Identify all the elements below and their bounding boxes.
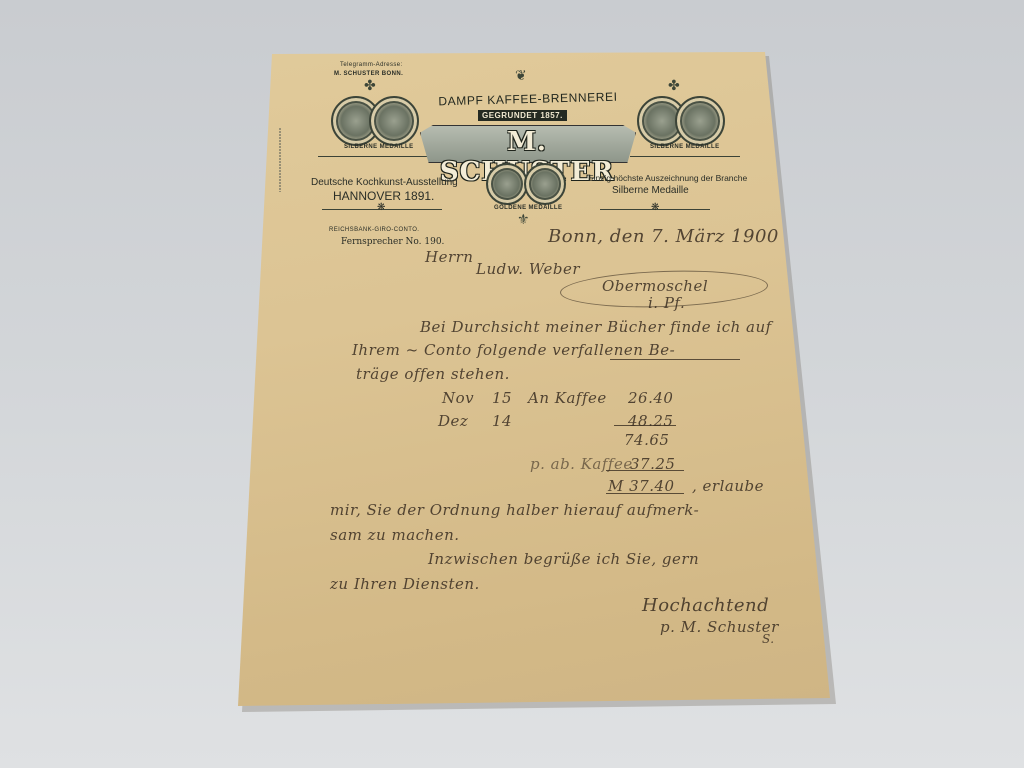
sum-rule — [614, 425, 676, 426]
recipient-place: Obermoschel — [602, 277, 708, 295]
ornament-icon: ✤ — [668, 78, 680, 94]
valediction: Hochachtend — [642, 595, 769, 616]
left-award-line1: Deutsche Kochkunst-Ausstellung — [311, 177, 458, 188]
emphasis-underline — [610, 359, 740, 360]
place-date: Bonn, den 7. März 1900 — [548, 226, 779, 247]
balance-suffix: , erlaube — [692, 477, 764, 495]
right-medal-caption: SILBERNE MEDAILLE — [650, 144, 719, 150]
body-line: Ihrem ~ Conto folgende verfallenen Be- — [352, 341, 675, 359]
salutation: Herrn — [425, 248, 473, 266]
right-award-line2: Silberne Medaille — [612, 185, 689, 196]
ledger-month: Nov — [442, 389, 474, 407]
closing-line: Inzwischen begrüße ich Sie, gern — [428, 550, 699, 568]
center-medal-caption: GOLDENE MEDAILLE — [494, 205, 562, 211]
ornament-star-icon: ❋ — [377, 202, 385, 213]
printer-imprint — [279, 128, 281, 192]
ledger-day: 14 — [492, 412, 512, 430]
right-medal-back-icon — [675, 96, 725, 146]
left-award-line2: HANNOVER 1891. — [333, 189, 434, 203]
founded-badge: GEGRUNDET 1857. — [478, 110, 567, 121]
balance-rule — [606, 493, 684, 494]
left-divider — [318, 156, 428, 157]
phone-number: Fernsprecher No. 190. — [341, 237, 444, 247]
right-divider — [630, 156, 740, 157]
ornament-star-icon: ❋ — [651, 202, 659, 213]
bottom-ornament-icon: ⚜ — [517, 212, 530, 228]
signature-suffix: S. — [762, 632, 775, 646]
left-medal-caption: SILBERNE MEDAILLE — [344, 144, 413, 150]
ledger-day: 15 — [492, 389, 512, 407]
ledger-amount: 48.25 — [628, 412, 673, 430]
center-medal-front-icon — [486, 163, 528, 205]
signature: p. M. Schuster — [660, 618, 779, 636]
left-medal-back-icon — [369, 96, 419, 146]
body-line: Bei Durchsicht meiner Bücher finde ich a… — [420, 318, 772, 336]
difference-rule — [606, 470, 684, 471]
bank-account: REICHSBANK-GIRO-CONTO. — [329, 227, 419, 233]
recipient-name: Ludw. Weber — [476, 260, 580, 278]
letter-paper: Telegramm-Adresse: M. SCHUSTER BONN. ✤ S… — [0, 0, 1024, 768]
crown-ornament-icon: ❦ — [515, 68, 527, 84]
closing-line: mir, Sie der Ordnung halber hierauf aufm… — [330, 501, 699, 519]
ledger-desc: An Kaffee — [528, 389, 607, 407]
closing-line: zu Ihren Diensten. — [330, 575, 480, 593]
center-medal-back-icon — [524, 163, 566, 205]
ornament-icon: ✤ — [364, 78, 376, 94]
telegram-label: Telegramm-Adresse: — [340, 62, 403, 68]
ledger-month: Dez — [438, 412, 468, 430]
right-award-line1: Einzig höchste Auszeichnung der Branche — [588, 173, 747, 183]
subtotal: 74.65 — [624, 431, 669, 449]
body-line: träge offen stehen. — [356, 365, 510, 383]
recipient-region: i. Pf. — [648, 294, 685, 312]
ledger-amount: 26.40 — [628, 389, 673, 407]
telegram-address: M. SCHUSTER BONN. — [334, 71, 403, 77]
company-tagline: DAMPF KAFFEE-BRENNEREI — [428, 89, 628, 108]
closing-line: sam zu machen. — [330, 526, 460, 544]
